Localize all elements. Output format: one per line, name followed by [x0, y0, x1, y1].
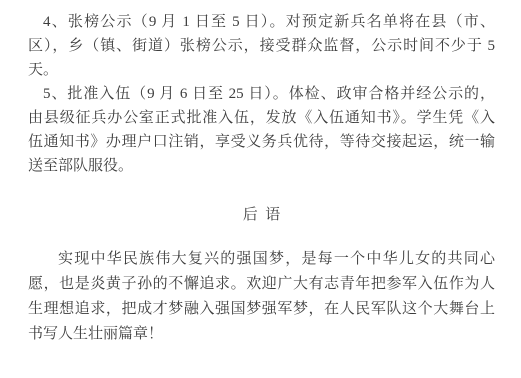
- text-line: 伍通知书》办理户口注销，享受义务兵优待，等待交接起运，统一输: [28, 130, 495, 154]
- text-line: 天。: [28, 58, 495, 82]
- paragraph-epilogue: 实现中华民族伟大复兴的强国梦，是每一个中华儿女的共同心 愿，也是炎黄子孙的不懈追…: [28, 247, 495, 347]
- paragraph-step5: 5、批准入伍（9 月 6 日至 25 日）。体检、政审合格并经公示的， 由县级征…: [28, 82, 495, 178]
- text-line: 实现中华民族伟大复兴的强国梦，是每一个中华儿女的共同心: [28, 247, 495, 272]
- document-page: 4、张榜公示（9 月 1 日至 5 日）。对预定新兵名单将在县（市、 区），乡（…: [0, 0, 521, 378]
- text-line: 书写人生壮丽篇章！: [28, 322, 495, 347]
- text-line: 区），乡（镇、街道）张榜公示，接受群众监督，公示时间不少于 5: [28, 34, 495, 58]
- text-line: 生理想追求，把成才梦融入强国梦强军梦，在人民军队这个大舞台上: [28, 297, 495, 322]
- paragraph-step4: 4、张榜公示（9 月 1 日至 5 日）。对预定新兵名单将在县（市、 区），乡（…: [28, 10, 495, 82]
- text-line: 4、张榜公示（9 月 1 日至 5 日）。对预定新兵名单将在县（市、: [28, 10, 495, 34]
- text-line: 由县级征兵办公室正式批准入伍，发放《入伍通知书》。学生凭《入: [28, 106, 495, 130]
- text-line: 送至部队服役。: [28, 154, 495, 178]
- text-line: 愿，也是炎黄子孙的不懈追求。欢迎广大有志青年把参军入伍作为人: [28, 272, 495, 297]
- epilogue-heading: 后 语: [28, 203, 495, 227]
- text-line: 5、批准入伍（9 月 6 日至 25 日）。体检、政审合格并经公示的，: [28, 82, 495, 106]
